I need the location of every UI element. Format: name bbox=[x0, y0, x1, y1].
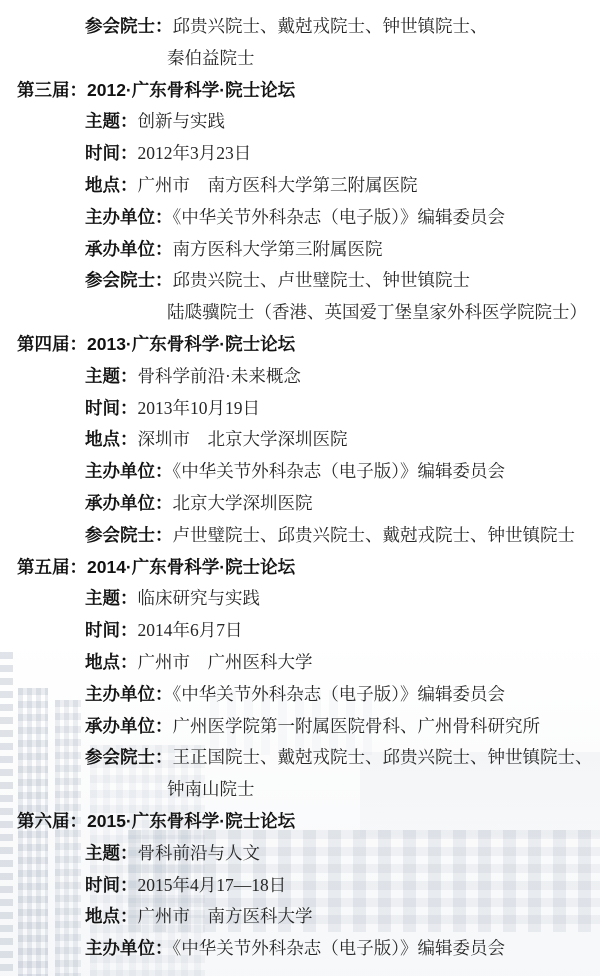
field-value: 陆瓞骥院士（香港、英国爱丁堡皇家外科医学院院士） bbox=[167, 302, 587, 322]
session-3-header: 第三届：2012·广东骨科学·院士论坛 bbox=[0, 75, 600, 107]
field-label: 主办单位： bbox=[85, 207, 173, 227]
field-value: 创新与实践 bbox=[138, 111, 226, 131]
session-5-header: 第五届：2014·广东骨科学·院士论坛 bbox=[0, 552, 600, 584]
field-academicians: 参会院士：邱贵兴院士、卢世璧院士、钟世镇院士 bbox=[0, 265, 600, 297]
field-organizer: 主办单位：《中华关节外科杂志（电子版）》编辑委员会 bbox=[0, 202, 600, 234]
field-undertaker: 承办单位：南方医科大学第三附属医院 bbox=[0, 234, 600, 266]
field-label: 主题： bbox=[85, 366, 138, 386]
field-label: 主题： bbox=[85, 843, 138, 863]
field-undertaker: 承办单位：北京大学深圳医院 bbox=[0, 488, 600, 520]
field-label: 时间： bbox=[85, 143, 138, 163]
field-label: 参会院士： bbox=[85, 270, 173, 290]
field-value: 秦伯益院士 bbox=[167, 48, 255, 68]
field-value: 卢世璧院士、邱贵兴院士、戴尅戎院士、钟世镇院士 bbox=[173, 525, 576, 545]
field-label: 承办单位： bbox=[85, 493, 173, 513]
field-location: 地点：广州市 南方医科大学第三附属医院 bbox=[0, 170, 600, 202]
field-label: 地点： bbox=[85, 175, 138, 195]
session-label: 第三届： bbox=[17, 80, 87, 100]
field-value: 广州市 南方医科大学 bbox=[138, 906, 313, 926]
session-4-header: 第四届：2013·广东骨科学·院士论坛 bbox=[0, 329, 600, 361]
field-time: 时间：2014年6月7日 bbox=[0, 615, 600, 647]
book-page: { "page": { "background": "#ffffff", "te… bbox=[0, 0, 600, 976]
session-title: 2015·广东骨科学·院士论坛 bbox=[87, 811, 295, 831]
field-value: 《中华关节外科杂志（电子版）》编辑委员会 bbox=[173, 938, 506, 958]
field-value: 南方医科大学第三附属医院 bbox=[173, 239, 383, 259]
field-label: 参会院士： bbox=[85, 16, 173, 36]
field-value: 临床研究与实践 bbox=[138, 588, 261, 608]
field-location: 地点：深圳市 北京大学深圳医院 bbox=[0, 424, 600, 456]
field-academicians: 参会院士：卢世璧院士、邱贵兴院士、戴尅戎院士、钟世镇院士 bbox=[0, 520, 600, 552]
field-value: 广州市 南方医科大学第三附属医院 bbox=[138, 175, 418, 195]
field-location: 地点：广州市 南方医科大学 bbox=[0, 901, 600, 933]
field-label: 地点： bbox=[85, 906, 138, 926]
field-value: 王正国院士、戴尅戎院士、邱贵兴院士、钟世镇院士、 bbox=[173, 747, 593, 767]
session-label: 第六届： bbox=[17, 811, 87, 831]
field-label: 承办单位： bbox=[85, 716, 173, 736]
session-title: 2012·广东骨科学·院士论坛 bbox=[87, 80, 295, 100]
field-time: 时间：2015年4月17—18日 bbox=[0, 870, 600, 902]
forum-history-text: 参会院士：邱贵兴院士、戴尅戎院士、钟世镇院士、 秦伯益院士 第三届：2012·广… bbox=[0, 0, 600, 965]
session-label: 第五届： bbox=[17, 557, 87, 577]
field-theme: 主题：临床研究与实践 bbox=[0, 583, 600, 615]
field-theme: 主题：创新与实践 bbox=[0, 106, 600, 138]
field-value: 《中华关节外科杂志（电子版）》编辑委员会 bbox=[173, 207, 506, 227]
field-label: 主办单位： bbox=[85, 684, 173, 704]
field-label: 主办单位： bbox=[85, 938, 173, 958]
field-academicians: 参会院士：王正国院士、戴尅戎院士、邱贵兴院士、钟世镇院士、 bbox=[0, 742, 600, 774]
field-label: 参会院士： bbox=[85, 525, 173, 545]
field-label: 主题： bbox=[85, 111, 138, 131]
field-value: 钟南山院士 bbox=[167, 779, 255, 799]
field-value: 《中华关节外科杂志（电子版）》编辑委员会 bbox=[173, 461, 506, 481]
field-theme: 主题：骨科前沿与人文 bbox=[0, 838, 600, 870]
session-label: 第四届： bbox=[17, 334, 87, 354]
field-value: 广州市 广州医科大学 bbox=[138, 652, 313, 672]
field-location: 地点：广州市 广州医科大学 bbox=[0, 647, 600, 679]
field-label: 参会院士： bbox=[85, 747, 173, 767]
field-label: 时间： bbox=[85, 398, 138, 418]
field-undertaker: 承办单位：广州医学院第一附属医院骨科、广州骨科研究所 bbox=[0, 711, 600, 743]
field-label: 地点： bbox=[85, 652, 138, 672]
session-6-header: 第六届：2015·广东骨科学·院士论坛 bbox=[0, 806, 600, 838]
field-label: 主题： bbox=[85, 588, 138, 608]
field-label: 主办单位： bbox=[85, 461, 173, 481]
field-value: 骨科前沿与人文 bbox=[138, 843, 261, 863]
academicians-continuation: 陆瓞骥院士（香港、英国爱丁堡皇家外科医学院院士） bbox=[0, 297, 600, 329]
field-time: 时间：2013年10月19日 bbox=[0, 393, 600, 425]
field-organizer: 主办单位：《中华关节外科杂志（电子版）》编辑委员会 bbox=[0, 933, 600, 965]
field-label: 时间： bbox=[85, 620, 138, 640]
academicians-continuation: 钟南山院士 bbox=[0, 774, 600, 806]
field-label: 地点： bbox=[85, 429, 138, 449]
field-theme: 主题：骨科学前沿·未来概念 bbox=[0, 361, 600, 393]
field-value: 邱贵兴院士、戴尅戎院士、钟世镇院士、 bbox=[173, 16, 488, 36]
field-value: 2013年10月19日 bbox=[138, 398, 261, 418]
field-value: 2015年4月17—18日 bbox=[138, 875, 287, 895]
field-organizer: 主办单位：《中华关节外科杂志（电子版）》编辑委员会 bbox=[0, 456, 600, 488]
session-title: 2014·广东骨科学·院士论坛 bbox=[87, 557, 295, 577]
academicians-continuation: 秦伯益院士 bbox=[0, 43, 600, 75]
field-value: 2012年3月23日 bbox=[138, 143, 252, 163]
field-label: 承办单位： bbox=[85, 239, 173, 259]
field-value: 骨科学前沿·未来概念 bbox=[138, 366, 301, 386]
field-time: 时间：2012年3月23日 bbox=[0, 138, 600, 170]
field-value: 北京大学深圳医院 bbox=[173, 493, 313, 513]
field-value: 深圳市 北京大学深圳医院 bbox=[138, 429, 348, 449]
field-academicians: 参会院士：邱贵兴院士、戴尅戎院士、钟世镇院士、 bbox=[0, 11, 600, 43]
field-value: 邱贵兴院士、卢世璧院士、钟世镇院士 bbox=[173, 270, 471, 290]
field-value: 2014年6月7日 bbox=[138, 620, 243, 640]
field-value: 广州医学院第一附属医院骨科、广州骨科研究所 bbox=[173, 716, 541, 736]
field-label: 时间： bbox=[85, 875, 138, 895]
field-value: 《中华关节外科杂志（电子版）》编辑委员会 bbox=[173, 684, 506, 704]
field-organizer: 主办单位：《中华关节外科杂志（电子版）》编辑委员会 bbox=[0, 679, 600, 711]
session-title: 2013·广东骨科学·院士论坛 bbox=[87, 334, 295, 354]
